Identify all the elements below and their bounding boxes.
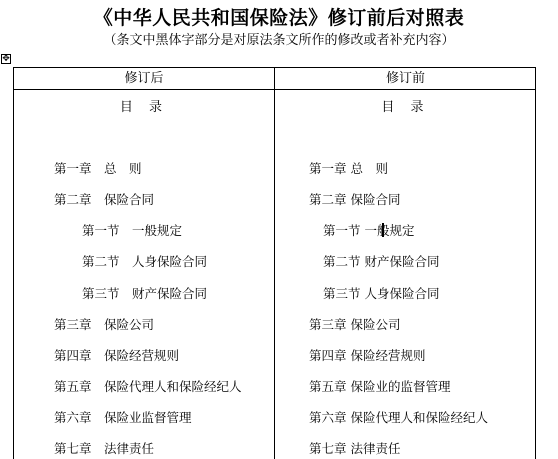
column-divider — [274, 68, 275, 459]
toc-entry: 第七章 法律责任 — [309, 439, 401, 457]
header-original: 修订前 — [275, 68, 536, 89]
toc-title-revised: 目 录 — [14, 96, 274, 115]
text-cursor — [382, 223, 384, 237]
toc-entry: 第六章 保险代理人和保险经纪人 — [309, 408, 488, 426]
toc-entry: 第六章 保险业监督管理 — [54, 408, 192, 426]
toc-entry: 第五章 保险代理人和保险经纪人 — [54, 377, 242, 395]
document-title: 《中华人民共和国保险法》修订前后对照表 — [0, 3, 558, 30]
toc-entry: 第三章 保险公司 — [54, 315, 154, 333]
toc-entry: 第一章 总 则 — [54, 159, 142, 177]
toc-entry: 第二节 财产保险合同 — [323, 252, 440, 270]
toc-entry: 第七章 法律责任 — [54, 439, 154, 457]
toc-entry: 第四章 保险经营规则 — [309, 346, 426, 364]
toc-entry: 第一章 总 则 — [309, 159, 388, 177]
toc-entry: 第五章 保险业的监督管理 — [309, 377, 451, 395]
toc-entry: 第一节 一般规定 — [82, 221, 182, 239]
header-revised: 修订后 — [14, 68, 274, 89]
header-row: 修订后 修订前 — [14, 68, 535, 90]
toc-entry: 第四章 保险经营规则 — [54, 346, 179, 364]
toc-entry: 第二章 保险合同 — [309, 190, 401, 208]
toc-entry: 第二章 保险合同 — [54, 190, 154, 208]
document-subtitle: （条文中黑体字部分是对原法条文所作的修改或者补充内容） — [0, 29, 558, 48]
comparison-table: 修订后 修订前 目 录 目 录 第一章 总 则 第二章 保险合同 第一节 一般规… — [13, 67, 536, 459]
toc-entry[interactable]: 第一节 一般规定 — [323, 221, 415, 239]
toc-title-original: 目 录 — [275, 96, 536, 115]
toc-entry: 第三章 保险公司 — [309, 315, 401, 333]
toc-entry: 第三节 财产保险合同 — [82, 284, 207, 302]
toc-entry: 第三节 人身保险合同 — [323, 284, 440, 302]
toc-entry: 第二节 人身保险合同 — [82, 252, 207, 270]
table-move-handle-icon[interactable]: ✥ — [1, 54, 11, 64]
